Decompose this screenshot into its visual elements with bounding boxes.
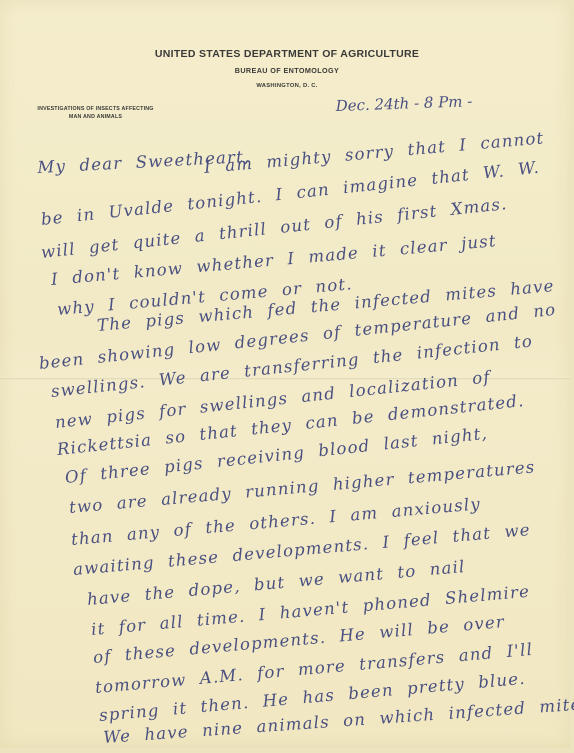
letterhead-organization: UNITED STATES DEPARTMENT OF AGRICULTURE (0, 48, 574, 60)
division-line-2: MAN AND ANIMALS (28, 113, 163, 121)
division-line-1: INVESTIGATIONS OF INSECTS AFFECTING (28, 105, 163, 113)
letterhead-bureau: BUREAU OF ENTOMOLOGY (0, 66, 574, 75)
letterhead-location: WASHINGTON, D. C. (0, 83, 574, 89)
letter-date: Dec. 24th - 8 Pm - (335, 92, 472, 115)
letterhead-division: INVESTIGATIONS OF INSECTS AFFECTING MAN … (28, 105, 163, 121)
letter-page: UNITED STATES DEPARTMENT OF AGRICULTURE … (0, 0, 570, 748)
